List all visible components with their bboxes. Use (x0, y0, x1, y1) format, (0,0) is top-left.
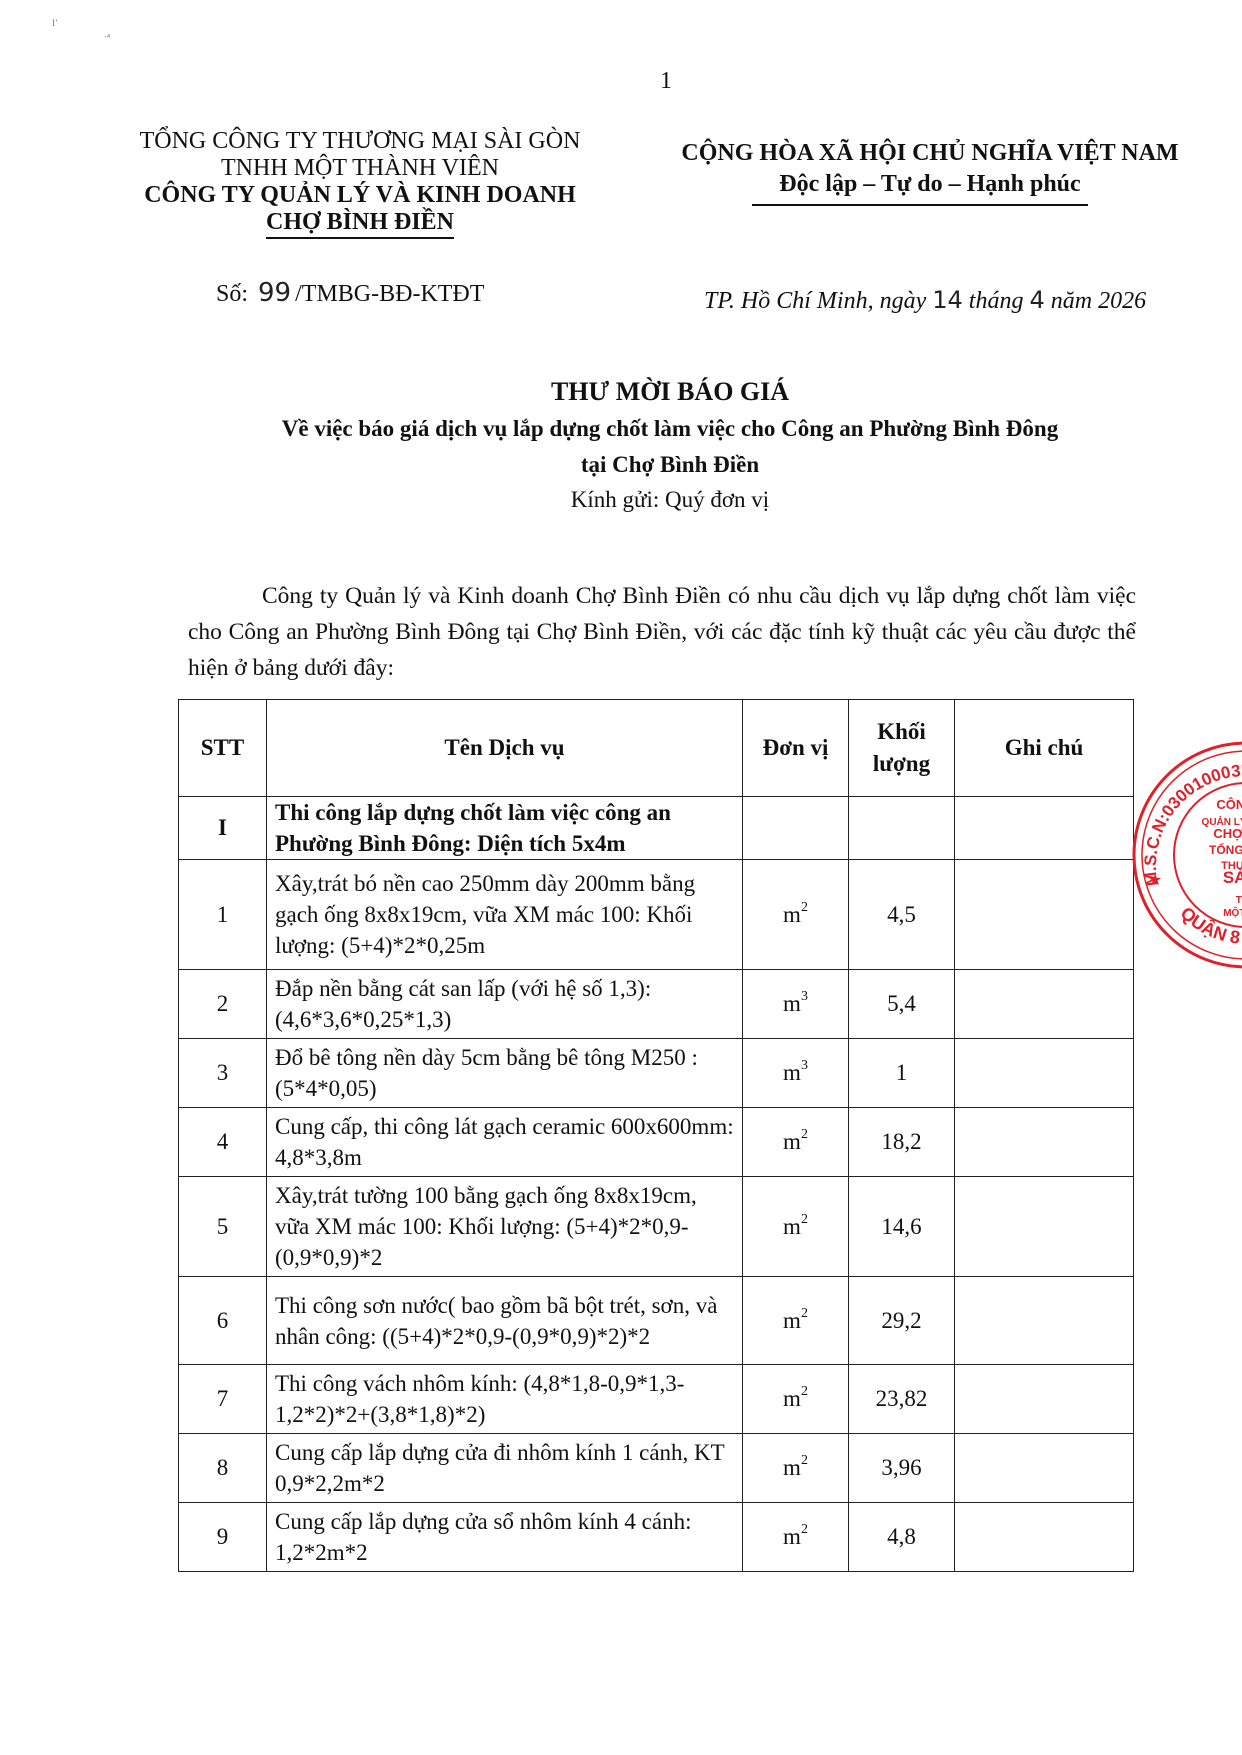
stamp-line: CÔNG TY (1216, 797, 1242, 812)
row-stt: 1 (179, 860, 267, 970)
row-stt: 6 (179, 1277, 267, 1365)
national-motto: Độc lập – Tự do – Hạnh phúc (779, 169, 1080, 200)
unit-exponent: 2 (801, 1127, 808, 1142)
row-note (955, 1277, 1134, 1365)
table-row: 6Thi công sơn nước( bao gồm bã bột trét,… (179, 1277, 1134, 1365)
unit-exponent: 2 (801, 1306, 808, 1321)
stamp-line: TNH (1236, 895, 1242, 906)
parent-org-line-2: TNHH MỘT THÀNH VIÊN (110, 155, 610, 182)
unit-base: m (783, 1129, 801, 1154)
unit-base: m (783, 1060, 801, 1085)
row-quantity: 18,2 (849, 1108, 955, 1177)
document-number: Số: 99/TMBG-BĐ-KTĐT (216, 278, 484, 308)
row-stt: 5 (179, 1177, 267, 1277)
nation-name: CỘNG HÒA XÃ HỘI CHỦ NGHĨA VIỆT NAM (640, 138, 1220, 169)
row-unit: m2 (743, 1177, 849, 1277)
section-stt: I (179, 797, 267, 860)
row-note (955, 1503, 1134, 1572)
row-service-name: Cung cấp lắp dựng cửa sổ nhôm kính 4 cán… (267, 1503, 743, 1572)
row-stt: 3 (179, 1039, 267, 1108)
row-unit: m2 (743, 1277, 849, 1365)
row-unit: m2 (743, 1365, 849, 1434)
unit-exponent: 3 (801, 989, 808, 1004)
unit-exponent: 2 (801, 1212, 808, 1227)
row-note (955, 1365, 1134, 1434)
date-day: 14 (932, 286, 963, 314)
header-stt: STT (179, 700, 267, 797)
row-unit: m3 (743, 1039, 849, 1108)
stamp-line: MỘT THÀ (1223, 906, 1242, 919)
row-quantity: 5,4 (849, 970, 955, 1039)
row-quantity: 3,96 (849, 1434, 955, 1503)
header-note: Ghi chú (955, 700, 1134, 797)
document-title: THƯ MỜI BÁO GIÁ (180, 374, 1160, 410)
issuing-organization: TỔNG CÔNG TY THƯƠNG MẠI SÀI GÒN TNHH MỘT… (110, 128, 610, 239)
row-service-name: Cung cấp lắp dựng cửa đi nhôm kính 1 cán… (267, 1434, 743, 1503)
row-service-name: Cung cấp, thi công lát gạch ceramic 600x… (267, 1108, 743, 1177)
unit-base: m (783, 1214, 801, 1239)
unit-exponent: 2 (801, 1453, 808, 1468)
number-suffix: /TMBG-BĐ-KTĐT (295, 281, 484, 307)
row-quantity: 23,82 (849, 1365, 955, 1434)
section-quantity (849, 797, 955, 860)
row-quantity: 14,6 (849, 1177, 955, 1277)
national-heading: CỘNG HÒA XÃ HỘI CHỦ NGHĨA VIỆT NAM Độc l… (640, 138, 1220, 200)
org-name-line-2: CHỢ BÌNH ĐIỀN (266, 209, 454, 239)
header-quantity: Khối lượng (849, 700, 955, 797)
unit-base: m (783, 1455, 801, 1480)
number-prefix: Số: (216, 281, 248, 307)
title-block: THƯ MỜI BÁO GIÁ Về việc báo giá dịch vụ … (180, 374, 1160, 518)
table-row: 8Cung cấp lắp dựng cửa đi nhôm kính 1 cá… (179, 1434, 1134, 1503)
row-stt: 9 (179, 1503, 267, 1572)
row-note (955, 1177, 1134, 1277)
unit-exponent: 2 (801, 1384, 808, 1399)
company-stamp-icon: M.S.C.N:0300100037-0 QUẬN 8 - TP. ★ CÔNG… (1126, 735, 1242, 975)
stamp-line: CHỢ BÌNH (1213, 826, 1242, 841)
row-quantity: 1 (849, 1039, 955, 1108)
table-section-row: I Thi công lắp dựng chốt làm việc công a… (179, 797, 1134, 860)
row-unit: m2 (743, 860, 849, 970)
org-name-line-1: CÔNG TY QUẢN LÝ VÀ KINH DOANH (110, 182, 610, 209)
stamp-star: ★ (1148, 872, 1162, 889)
table-row: 3Đổ bê tông nền dày 5cm bằng bê tông M25… (179, 1039, 1134, 1108)
parent-org-line-1: TỔNG CÔNG TY THƯƠNG MẠI SÀI GÒN (110, 128, 610, 155)
unit-base: m (783, 1524, 801, 1549)
date-month-label: tháng (969, 288, 1024, 314)
row-service-name: Đắp nền bằng cát san lấp (với hệ số 1,3)… (267, 970, 743, 1039)
row-note (955, 1039, 1134, 1108)
row-note (955, 970, 1134, 1039)
motto-underline (752, 204, 1088, 206)
row-note (955, 1434, 1134, 1503)
unit-exponent: 3 (801, 1058, 808, 1073)
row-unit: m3 (743, 970, 849, 1039)
row-unit: m2 (743, 1503, 849, 1572)
date-place: TP. Hồ Chí Minh, ngày (704, 288, 926, 314)
unit-base: m (783, 991, 801, 1016)
row-stt: 4 (179, 1108, 267, 1177)
table-row: 9Cung cấp lắp dựng cửa sổ nhôm kính 4 cá… (179, 1503, 1134, 1572)
unit-exponent: 2 (801, 1522, 808, 1537)
number-handwritten: 99 (254, 278, 295, 308)
table-row: 2Đắp nền bằng cát san lấp (với hệ số 1,3… (179, 970, 1134, 1039)
table-row: 4Cung cấp, thi công lát gạch ceramic 600… (179, 1108, 1134, 1177)
row-note (955, 860, 1134, 970)
unit-base: m (783, 1308, 801, 1333)
body-paragraph: Công ty Quản lý và Kinh doanh Chợ Bình Đ… (188, 578, 1136, 686)
service-table: STT Tên Dịch vụ Đơn vị Khối lượng Ghi ch… (178, 699, 1134, 1572)
table-header-row: STT Tên Dịch vụ Đơn vị Khối lượng Ghi ch… (179, 700, 1134, 797)
unit-base: m (783, 1386, 801, 1411)
scan-speck: I’ (52, 18, 58, 28)
row-service-name: Thi công vách nhôm kính: (4,8*1,8-0,9*1,… (267, 1365, 743, 1434)
row-service-name: Xây,trát bó nền cao 250mm dày 200mm bằng… (267, 860, 743, 970)
section-name: Thi công lắp dựng chốt làm việc công an … (267, 797, 743, 860)
row-stt: 2 (179, 970, 267, 1039)
row-note (955, 1108, 1134, 1177)
header-unit: Đơn vị (743, 700, 849, 797)
stamp-line: TỔNG CÔNG (1209, 842, 1242, 857)
row-unit: m2 (743, 1434, 849, 1503)
table-row: 7Thi công vách nhôm kính: (4,8*1,8-0,9*1… (179, 1365, 1134, 1434)
stamp-line: SÀI G (1223, 868, 1242, 887)
header-service-name: Tên Dịch vụ (267, 700, 743, 797)
unit-exponent: 2 (801, 900, 808, 915)
subject-line-2: tại Chợ Bình Điền (180, 448, 1160, 482)
row-service-name: Xây,trát tường 100 bằng gạch ống 8x8x19c… (267, 1177, 743, 1277)
row-service-name: Thi công sơn nước( bao gồm bã bột trét, … (267, 1277, 743, 1365)
unit-base: m (783, 902, 801, 927)
row-quantity: 29,2 (849, 1277, 955, 1365)
document-date: TP. Hồ Chí Minh, ngày 14 tháng 4 năm 202… (704, 286, 1146, 315)
recipient: Kính gửi: Quý đơn vị (180, 482, 1160, 518)
row-stt: 8 (179, 1434, 267, 1503)
row-quantity: 4,8 (849, 1503, 955, 1572)
table-row: 1Xây,trát bó nền cao 250mm dày 200mm bằn… (179, 860, 1134, 970)
row-service-name: Đổ bê tông nền dày 5cm bằng bê tông M250… (267, 1039, 743, 1108)
section-note (955, 797, 1134, 860)
row-unit: m2 (743, 1108, 849, 1177)
row-quantity: 4,5 (849, 860, 955, 970)
row-stt: 7 (179, 1365, 267, 1434)
section-unit (743, 797, 849, 860)
date-year: năm 2026 (1051, 288, 1146, 314)
date-month: 4 (1029, 286, 1044, 314)
scan-speck: ·⁴ (104, 32, 110, 42)
table-row: 5Xây,trát tường 100 bằng gạch ống 8x8x19… (179, 1177, 1134, 1277)
page-number: 1 (660, 68, 672, 95)
subject-line-1: Về việc báo giá dịch vụ lắp dựng chốt là… (180, 412, 1160, 446)
